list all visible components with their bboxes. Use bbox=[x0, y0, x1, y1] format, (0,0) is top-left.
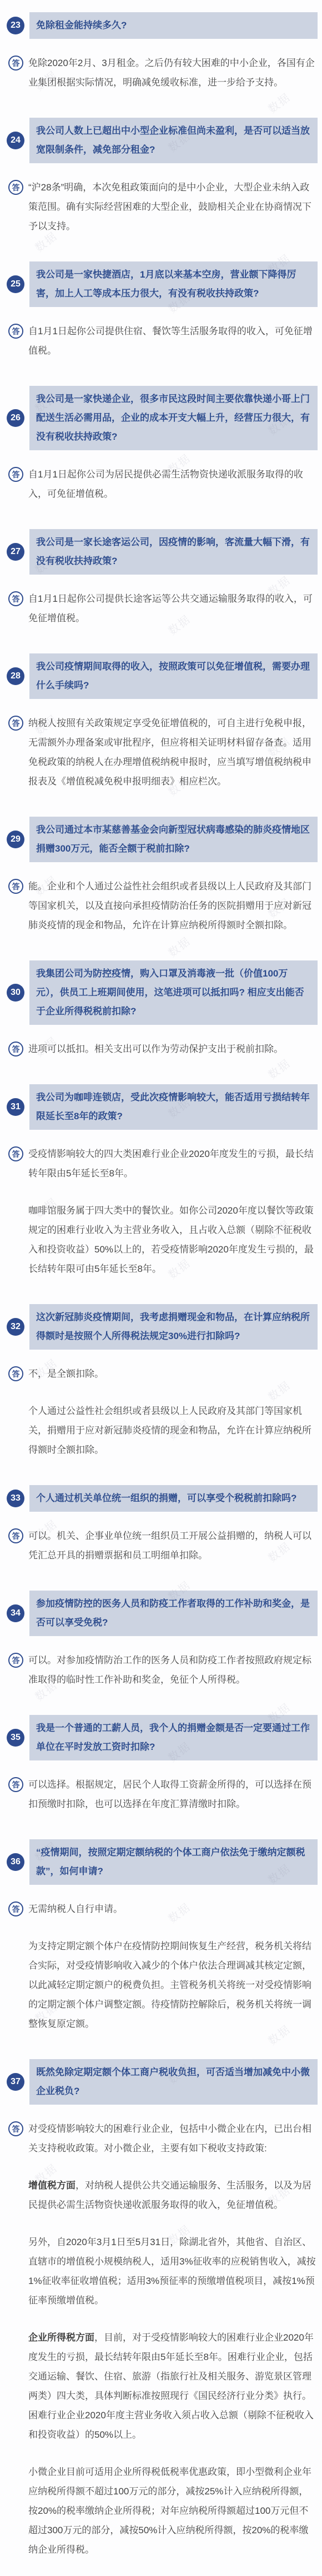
question-number-badge: 27 bbox=[7, 543, 24, 561]
qa-item: 23 免除租金能持续多久? 答 免除2020年2月、3月租金。之后仍有较大困难的… bbox=[7, 12, 318, 92]
question-number: 29 bbox=[11, 834, 21, 844]
qa-item: 28 我公司疫情期间取得的收入，按照政策可以免征增值税，需要办理什么手续吗? 答… bbox=[7, 653, 318, 791]
answer-paragraph: 自1月1日起你公司提供住宿、餐饮等生活服务取得的收入，可免征增值税。 bbox=[28, 321, 318, 360]
qa-item: 34 参加疫情防控的医务人员和防疫工作者取得的工作补助和奖金，是否可以享受免税?… bbox=[7, 1591, 318, 1689]
answer-label: 答 bbox=[12, 593, 20, 605]
question-row: 37 既然免除定期定额个体工商户税收负担，可否适当增加减免中小微企业税负? bbox=[7, 2059, 318, 2105]
question-number: 24 bbox=[11, 135, 21, 145]
answer-paragraphs: “沪28条”明确，本次免租政策面向的是中小企业，大型企业未纳入政策范围。确有实际… bbox=[28, 178, 318, 236]
answer-badge: 答 bbox=[8, 1366, 23, 1381]
answer-label: 答 bbox=[12, 1149, 20, 1160]
question-row: 35 我是一个普通的工薪人员，我个人的捐赠金额是否一定要通过工作单位在平时发放工… bbox=[7, 1715, 318, 1760]
question-row: 27 我公司是一家长途客运公司，因疫情的影响，客流量大幅下滑，有没有税收扶持政策… bbox=[7, 529, 318, 575]
answer-label: 答 bbox=[12, 1531, 20, 1542]
qa-item: 25 我公司是一家快捷酒店，1月底以来基本空房，营业额下降得厉害，加上人工等成本… bbox=[7, 261, 318, 360]
qa-item: 31 我公司为咖啡连锁店，受此次疫情影响较大，能否适用亏损结转年限延长至8年的政… bbox=[7, 1084, 318, 1279]
answer-paragraphs: 能。企业和个人通过公益性社会组织或者县级以上人民政府及其部门等国家机关，以及直接… bbox=[28, 877, 318, 935]
answer-paragraph: 无需纳税人自行申请。 bbox=[28, 1899, 318, 1919]
answer-label: 答 bbox=[12, 469, 20, 480]
question-text: 我是一个普通的工薪人员，我个人的捐赠金额是否一定要通过工作单位在平时发放工资时扣… bbox=[29, 1715, 318, 1760]
answer-label: 答 bbox=[12, 326, 20, 337]
answer-paragraph-lead: 增值税方面 bbox=[28, 2180, 76, 2191]
question-row: 25 我公司是一家快捷酒店，1月底以来基本空房，营业额下降得厉害，加上人工等成本… bbox=[7, 261, 318, 307]
answer-badge: 答 bbox=[8, 180, 23, 195]
answer-label: 答 bbox=[12, 58, 20, 69]
answer-row: 答 纳税人按照有关政策规定享受免征增值税的，可自主进行免税申报，无需额外办理备案… bbox=[7, 713, 318, 791]
answer-badge: 答 bbox=[8, 1528, 23, 1543]
question-text: 我公司是一家长途客运公司，因疫情的影响，客流量大幅下滑，有没有税收扶持政策? bbox=[29, 529, 318, 575]
answer-paragraphs: 进项可以抵扣。相关支出可以作为劳动保护支出于税前扣除。 bbox=[28, 1039, 318, 1059]
question-number-badge: 30 bbox=[7, 984, 24, 1002]
answer-paragraph: 自1月1日起你公司提供长途客运等公共交通运输服务取得的收入，可免征增值税。 bbox=[28, 589, 318, 628]
question-row: 30 我集团公司为防控疫情，购入口罩及消毒液一批（价值100万元），供员工上班期… bbox=[7, 960, 318, 1025]
qa-item: 27 我公司是一家长途客运公司，因疫情的影响，客流量大幅下滑，有没有税收扶持政策… bbox=[7, 529, 318, 628]
answer-badge: 答 bbox=[8, 1901, 23, 1916]
answer-label: 答 bbox=[12, 1904, 20, 1915]
answer-paragraph-lead: 企业所得税方面 bbox=[28, 2332, 94, 2343]
answer-badge: 答 bbox=[8, 716, 23, 731]
question-text: 我公司为咖啡连锁店，受此次疫情影响较大，能否适用亏损结转年限延长至8年的政策? bbox=[29, 1084, 318, 1130]
question-row: 28 我公司疫情期间取得的收入，按照政策可以免征增值税，需要办理什么手续吗? bbox=[7, 653, 318, 699]
answer-label: 答 bbox=[12, 1368, 20, 1380]
answer-row: 答 对受疫情影响较大的困难行业企业，包括中小微企业在内，已出台相关支持税收政策。… bbox=[7, 2119, 318, 2559]
question-number: 26 bbox=[11, 413, 21, 423]
answer-paragraphs: 自1月1日起你公司提供住宿、餐饮等生活服务取得的收入，可免征增值税。 bbox=[28, 321, 318, 360]
answer-paragraph: 咖啡馆服务属于四大类中的餐饮业。如你公司2020年度以餐饮等政策规定的困难行业收… bbox=[28, 1201, 318, 1279]
question-number: 28 bbox=[11, 671, 21, 681]
question-number: 30 bbox=[11, 988, 21, 998]
answer-badge: 答 bbox=[8, 1042, 23, 1056]
answer-paragraph: “沪28条”明确，本次免租政策面向的是中小企业，大型企业未纳入政策范围。确有实际… bbox=[28, 178, 318, 236]
answer-row: 答 进项可以抵扣。相关支出可以作为劳动保护支出于税前扣除。 bbox=[7, 1039, 318, 1059]
answer-paragraph: 可以。对参加疫情防治工作的医务人员和防疫工作者按照政府规定标准取得的临时性工作补… bbox=[28, 1651, 318, 1689]
question-number-badge: 29 bbox=[7, 831, 24, 848]
answer-badge: 答 bbox=[8, 1146, 23, 1161]
answer-paragraphs: 不，是全额扣除。个人通过公益性社会组织或者县级以上人民政府及其部门等国家机关，捐… bbox=[28, 1364, 318, 1460]
answer-row: 答 免除2020年2月、3月租金。之后仍有较大困难的中小企业，各国有企业集团根据… bbox=[7, 53, 318, 92]
question-text: 免除租金能持续多久? bbox=[29, 12, 318, 39]
question-number: 34 bbox=[11, 1608, 21, 1618]
answer-badge: 答 bbox=[8, 2121, 23, 2136]
qa-item: 30 我集团公司为防控疫情，购入口罩及消毒液一批（价值100万元），供员工上班期… bbox=[7, 960, 318, 1059]
qa-item: 35 我是一个普通的工薪人员，我个人的捐赠金额是否一定要通过工作单位在平时发放工… bbox=[7, 1715, 318, 1814]
question-text: 参加疫情防控的医务人员和防疫工作者取得的工作补助和奖金，是否可以享受免税? bbox=[29, 1591, 318, 1636]
question-text: 我公司是一家快递企业，很多市民这段时间主要依靠快递小哥上门配送生活必需用品，企业… bbox=[29, 386, 318, 450]
question-row: 24 我公司人数上已超出中小型企业标准但尚未盈利，是否可以适当放宽限制条件，减免… bbox=[7, 118, 318, 163]
answer-paragraphs: 对受疫情影响较大的困难行业企业，包括中小微企业在内，已出台相关支持税收政策。对小… bbox=[28, 2119, 318, 2559]
qa-item: 24 我公司人数上已超出中小型企业标准但尚未盈利，是否可以适当放宽限制条件，减免… bbox=[7, 118, 318, 236]
answer-paragraph: 增值税方面，对纳税人提供公共交通运输服务、生活服务，以及为居民提供必需生活物资快… bbox=[28, 2176, 318, 2215]
answer-paragraph: 对受疫情影响较大的困难行业企业，包括中小微企业在内，已出台相关支持税收政策。对小… bbox=[28, 2119, 318, 2158]
answer-paragraph: 纳税人按照有关政策规定享受免征增值税的，可自主进行免税申报，无需额外办理备案或审… bbox=[28, 713, 318, 791]
question-row: 33 个人通过机关单位统一组织的捐赠，可以享受个税税前扣除吗? bbox=[7, 1485, 318, 1512]
qa-item: 36 “疫情期间，按照定期定额纳税的个体工商户依法免于缴纳定额税款”，如何申请?… bbox=[7, 1839, 318, 2034]
question-number-badge: 33 bbox=[7, 1490, 24, 1507]
question-text: “疫情期间，按照定期定额纳税的个体工商户依法免于缴纳定额税款”，如何申请? bbox=[29, 1839, 318, 1885]
answer-paragraphs: 自1月1日起你公司为居民提供必需生活物资快递收派服务取得的收入，可免征增值税。 bbox=[28, 465, 318, 504]
question-text: 我公司人数上已超出中小型企业标准但尚未盈利，是否可以适当放宽限制条件，减免部分租… bbox=[29, 118, 318, 163]
answer-paragraphs: 可以。对参加疫情防治工作的医务人员和防疫工作者按照政府规定标准取得的临时性工作补… bbox=[28, 1651, 318, 1689]
question-text: 我公司是一家快捷酒店，1月底以来基本空房，营业额下降得厉害，加上人工等成本压力很… bbox=[29, 261, 318, 307]
answer-label: 答 bbox=[12, 1655, 20, 1666]
question-number-badge: 36 bbox=[7, 1853, 24, 1871]
answer-row: 答 自1月1日起你公司提供长途客运等公共交通运输服务取得的收入，可免征增值税。 bbox=[7, 589, 318, 628]
question-number-badge: 23 bbox=[7, 17, 24, 34]
answer-label: 答 bbox=[12, 718, 20, 729]
answer-paragraphs: 免除2020年2月、3月租金。之后仍有较大困难的中小企业，各国有企业集团根据实际… bbox=[28, 53, 318, 92]
answer-row: 答 可以。机关、企事业单位统一组织员工开展公益捐赠的，纳税人可以凭汇总开具的捐赠… bbox=[7, 1526, 318, 1565]
answer-paragraphs: 受疫情影响较大的四大类困难行业企业2020年度发生的亏损，最长结转年限由5年延长… bbox=[28, 1144, 318, 1279]
answer-badge: 答 bbox=[8, 1653, 23, 1668]
answer-label: 答 bbox=[12, 1779, 20, 1790]
question-number: 36 bbox=[11, 1857, 21, 1867]
question-text: 这次新冠肺炎疫情期间，我考虑捐赠现金和物品，在计算应纳税所得额时是按照个人所得税… bbox=[29, 1304, 318, 1350]
qa-item: 29 我公司通过本市某慈善基金会向新型冠状病毒感染的肺炎疫情地区捐赠300万元，… bbox=[7, 817, 318, 935]
answer-row: 答 “沪28条”明确，本次免租政策面向的是中小企业，大型企业未纳入政策范围。确有… bbox=[7, 178, 318, 236]
question-text: 我公司疫情期间取得的收入，按照政策可以免征增值税，需要办理什么手续吗? bbox=[29, 653, 318, 699]
question-number-badge: 25 bbox=[7, 275, 24, 293]
question-number-badge: 24 bbox=[7, 132, 24, 149]
answer-row: 答 自1月1日起你公司提供住宿、餐饮等生活服务取得的收入，可免征增值税。 bbox=[7, 321, 318, 360]
qa-list: 23 免除租金能持续多久? 答 免除2020年2月、3月租金。之后仍有较大困难的… bbox=[7, 12, 318, 2559]
answer-badge: 答 bbox=[8, 467, 23, 482]
answer-row: 答 可以。对参加疫情防治工作的医务人员和防疫工作者按照政府规定标准取得的临时性工… bbox=[7, 1651, 318, 1689]
answer-label: 答 bbox=[12, 1044, 20, 1055]
question-text: 既然免除定期定额个体工商户税收负担，可否适当增加减免中小微企业税负? bbox=[29, 2059, 318, 2105]
question-number-badge: 35 bbox=[7, 1729, 24, 1747]
answer-paragraph: 进项可以抵扣。相关支出可以作为劳动保护支出于税前扣除。 bbox=[28, 1039, 318, 1059]
question-row: 23 免除租金能持续多久? bbox=[7, 12, 318, 39]
answer-paragraphs: 自1月1日起你公司提供长途客运等公共交通运输服务取得的收入，可免征增值税。 bbox=[28, 589, 318, 628]
answer-paragraph: 受疫情影响较大的四大类困难行业企业2020年度发生的亏损，最长结转年限由5年延长… bbox=[28, 1144, 318, 1183]
answer-badge: 答 bbox=[8, 56, 23, 71]
answer-paragraph: 不，是全额扣除。 bbox=[28, 1364, 318, 1383]
question-number: 32 bbox=[11, 1322, 21, 1332]
answer-paragraphs: 纳税人按照有关政策规定享受免征增值税的，可自主进行免税申报，无需额外办理备案或审… bbox=[28, 713, 318, 791]
answer-paragraph: 可以选择。根据规定，居民个人取得工资薪金所得的，可以选择在预扣预缴时扣除，也可以… bbox=[28, 1775, 318, 1814]
answer-row: 答 无需纳税人自行申请。为支持定期定额个体户在疫情防控期间恢复生产经营，税务机关… bbox=[7, 1899, 318, 2034]
question-row: 34 参加疫情防控的医务人员和防疫工作者取得的工作补助和奖金，是否可以享受免税? bbox=[7, 1591, 318, 1636]
question-row: 31 我公司为咖啡连锁店，受此次疫情影响较大，能否适用亏损结转年限延长至8年的政… bbox=[7, 1084, 318, 1130]
answer-label: 答 bbox=[12, 182, 20, 193]
question-number: 37 bbox=[11, 2077, 21, 2087]
answer-badge: 答 bbox=[8, 591, 23, 606]
answer-paragraph: 可以。机关、企事业单位统一组织员工开展公益捐赠的，纳税人可以凭汇总开具的捐赠票据… bbox=[28, 1526, 318, 1565]
answer-row: 答 能。企业和个人通过公益性社会组织或者县级以上人民政府及其部门等国家机关，以及… bbox=[7, 877, 318, 935]
question-number: 27 bbox=[11, 547, 21, 557]
question-number-badge: 26 bbox=[7, 409, 24, 427]
qa-item: 37 既然免除定期定额个体工商户税收负担，可否适当增加减免中小微企业税负? 答 … bbox=[7, 2059, 318, 2559]
question-number-badge: 32 bbox=[7, 1318, 24, 1336]
question-number: 31 bbox=[11, 1102, 21, 1112]
question-text: 我集团公司为防控疫情，购入口罩及消毒液一批（价值100万元），供员工上班期间使用… bbox=[29, 960, 318, 1025]
question-number-badge: 37 bbox=[7, 2073, 24, 2091]
question-row: 36 “疫情期间，按照定期定额纳税的个体工商户依法免于缴纳定额税款”，如何申请? bbox=[7, 1839, 318, 1885]
question-row: 29 我公司通过本市某慈善基金会向新型冠状病毒感染的肺炎疫情地区捐赠300万元，… bbox=[7, 817, 318, 862]
answer-label: 答 bbox=[12, 2124, 20, 2135]
question-number-badge: 28 bbox=[7, 667, 24, 685]
answer-paragraph: 自1月1日起你公司为居民提供必需生活物资快递收派服务取得的收入，可免征增值税。 bbox=[28, 465, 318, 504]
question-text: 个人通过机关单位统一组织的捐赠，可以享受个税税前扣除吗? bbox=[29, 1485, 318, 1512]
answer-paragraph: 企业所得税方面，目前，对于受疫情影响较大的困难行业企业2020年度发生的亏损，最… bbox=[28, 2328, 318, 2444]
answer-row: 答 可以选择。根据规定，居民个人取得工资薪金所得的，可以选择在预扣预缴时扣除，也… bbox=[7, 1775, 318, 1814]
answer-paragraph: 小微企业目前可适用企业所得税低税率优惠政策，即小型微利企业年应纳税所得额不超过1… bbox=[28, 2462, 318, 2559]
answer-paragraphs: 无需纳税人自行申请。为支持定期定额个体户在疫情防控期间恢复生产经营，税务机关将结… bbox=[28, 1899, 318, 2034]
question-row: 32 这次新冠肺炎疫情期间，我考虑捐赠现金和物品，在计算应纳税所得额时是按照个人… bbox=[7, 1304, 318, 1350]
qa-item: 33 个人通过机关单位统一组织的捐赠，可以享受个税税前扣除吗? 答 可以。机关、… bbox=[7, 1485, 318, 1565]
answer-paragraph: 能。企业和个人通过公益性社会组织或者县级以上人民政府及其部门等国家机关，以及直接… bbox=[28, 877, 318, 935]
answer-paragraph: 免除2020年2月、3月租金。之后仍有较大困难的中小企业，各国有企业集团根据实际… bbox=[28, 53, 318, 92]
question-number: 35 bbox=[11, 1733, 21, 1743]
answer-paragraphs: 可以。机关、企事业单位统一组织员工开展公益捐赠的，纳税人可以凭汇总开具的捐赠票据… bbox=[28, 1526, 318, 1565]
answer-paragraphs: 可以选择。根据规定，居民个人取得工资薪金所得的，可以选择在预扣预缴时扣除，也可以… bbox=[28, 1775, 318, 1814]
answer-badge: 答 bbox=[8, 324, 23, 339]
qa-item: 26 我公司是一家快递企业，很多市民这段时间主要依靠快递小哥上门配送生活必需用品… bbox=[7, 386, 318, 504]
question-number: 23 bbox=[11, 21, 21, 31]
answer-row: 答 自1月1日起你公司为居民提供必需生活物资快递收派服务取得的收入，可免征增值税… bbox=[7, 465, 318, 504]
answer-row: 答 不，是全额扣除。个人通过公益性社会组织或者县级以上人民政府及其部门等国家机关… bbox=[7, 1364, 318, 1460]
question-text: 我公司通过本市某慈善基金会向新型冠状病毒感染的肺炎疫情地区捐赠300万元，能否全… bbox=[29, 817, 318, 862]
question-number-badge: 34 bbox=[7, 1604, 24, 1622]
answer-badge: 答 bbox=[8, 879, 23, 894]
question-number-badge: 31 bbox=[7, 1098, 24, 1116]
qa-item: 32 这次新冠肺炎疫情期间，我考虑捐赠现金和物品，在计算应纳税所得额时是按照个人… bbox=[7, 1304, 318, 1460]
tax-faq-page: 23 免除租金能持续多久? 答 免除2020年2月、3月租金。之后仍有较大困难的… bbox=[0, 0, 322, 2576]
answer-paragraph: 个人通过公益性社会组织或者县级以上人民政府及其部门等国家机关，捐赠用于应对新冠肺… bbox=[28, 1401, 318, 1460]
question-number: 25 bbox=[11, 279, 21, 289]
question-row: 26 我公司是一家快递企业，很多市民这段时间主要依靠快递小哥上门配送生活必需用品… bbox=[7, 386, 318, 450]
answer-badge: 答 bbox=[8, 1777, 23, 1792]
answer-label: 答 bbox=[12, 881, 20, 892]
answer-paragraph: 为支持定期定额个体户在疫情防控期间恢复生产经营，税务机关将结合实际，对受疫情影响… bbox=[28, 1936, 318, 2034]
answer-paragraph: 另外，自2020年3月1日至5月31日，除湖北省外，其他省、自治区、直辖市的增值… bbox=[28, 2232, 318, 2310]
answer-row: 答 受疫情影响较大的四大类困难行业企业2020年度发生的亏损，最长结转年限由5年… bbox=[7, 1144, 318, 1279]
question-number: 33 bbox=[11, 1493, 21, 1503]
